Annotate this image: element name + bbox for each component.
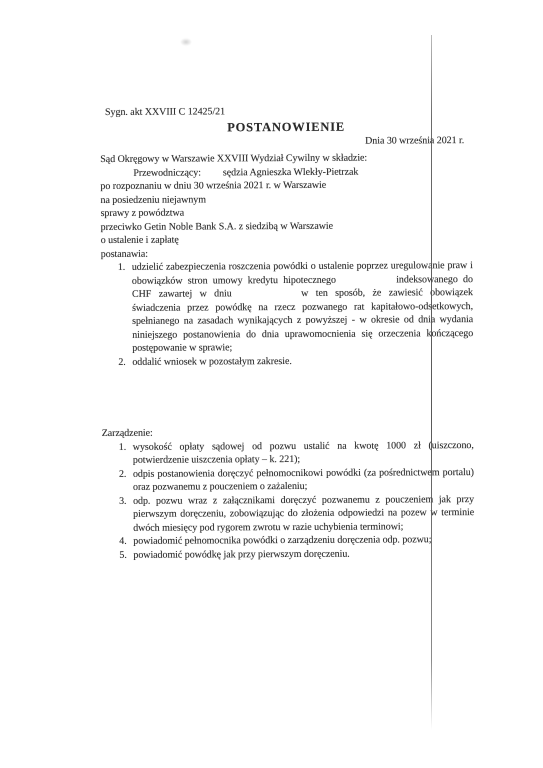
document-title: POSTANOWIENIE [100, 119, 472, 135]
presiding-label: Przewodniczący: [133, 167, 201, 178]
order-item-2: 2. odpis postanowienia doręczyć pełnomoc… [102, 466, 474, 495]
order-item-1-text: wysokość opłaty sądowej od pozwu ustalić… [133, 439, 474, 468]
scan-fold-line [431, 35, 432, 730]
order-item-5: 5. powiadomić powódkę jak przy pierwszym… [102, 547, 474, 562]
case-number: Sygn. akt XXVIII C 12425/21 [105, 104, 472, 119]
list-number: 1. [119, 440, 133, 467]
list-number: 1. [118, 261, 132, 356]
resolution-item-1: 1. udzielić zabezpieczenia roszczenia po… [101, 259, 473, 355]
presiding-judge-name: sędzia Agnieszka Wlekły-Pietrzak [223, 166, 358, 178]
scanned-court-document-page: Sygn. akt XXVIII C 12425/21 POSTANOWIENI… [0, 0, 543, 768]
resolution-item-2: 2. oddalić wniosek w pozostałym zakresie… [101, 354, 473, 369]
order-item-1: 1. wysokość opłaty sądowej od pozwu usta… [102, 439, 474, 468]
order-item-3-text: odp. pozwu wraz z załącznikami doręczyć … [133, 493, 474, 535]
resolution-item-2-text: oddalić wniosek w pozostałym zakresie. [132, 354, 473, 369]
order-item-2-text: odpis postanowienia doręczyć pełnomocnik… [133, 466, 474, 495]
list-number: 2. [119, 467, 133, 494]
scan-smudge [180, 38, 192, 46]
document-date: Dnia 30 września 2021 r. [100, 134, 472, 149]
resolution-item-1-text: udzielić zabezpieczenia roszczenia powód… [132, 259, 473, 355]
list-number: 3. [119, 494, 133, 535]
order-item-5-text: powiadomić powódkę jak przy pierwszym do… [133, 547, 474, 562]
redacted-blank [336, 281, 391, 282]
list-number: 2. [118, 355, 132, 369]
redacted-blank [232, 295, 294, 296]
document-body: Sygn. akt XXVIII C 12425/21 POSTANOWIENI… [100, 104, 474, 562]
list-number: 5. [119, 548, 133, 562]
order-item-3: 3. odp. pozwu wraz z załącznikami doręcz… [102, 493, 474, 535]
list-number: 4. [119, 535, 133, 549]
